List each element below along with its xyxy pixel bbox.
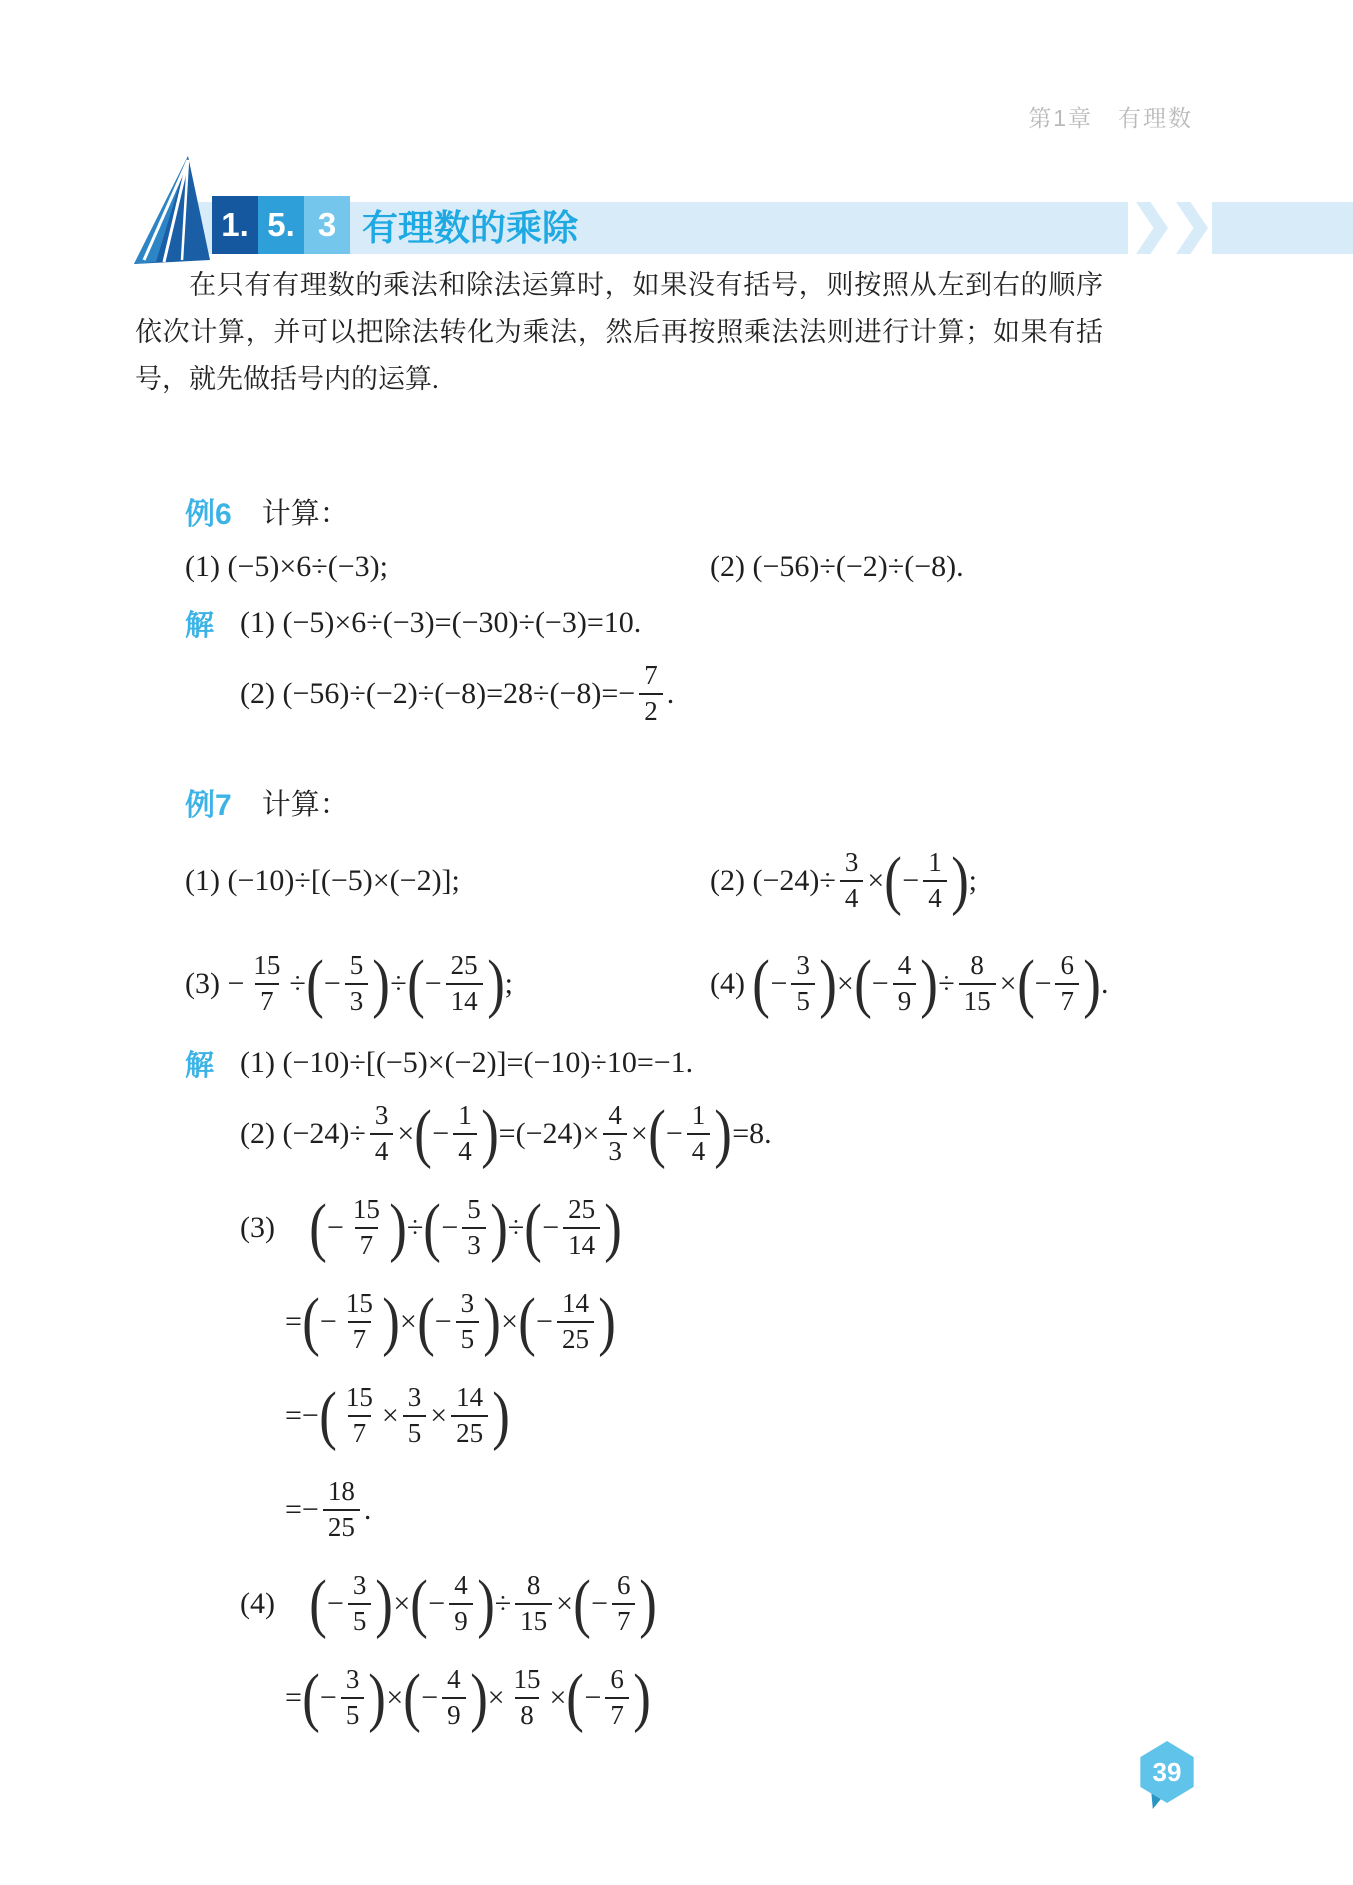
fraction-denominator: 9 xyxy=(893,983,917,1019)
solution-row: (4)(−35)×(−49)÷815×(−67) xyxy=(185,1560,1218,1648)
fraction-denominator: 8 xyxy=(515,1697,539,1733)
fraction-numerator: 4 xyxy=(893,949,917,983)
chevron-right-icon xyxy=(1136,202,1168,254)
math-text: × xyxy=(556,1587,573,1621)
math-text: × xyxy=(550,1681,567,1715)
big-paren: ( xyxy=(407,941,425,1027)
math-text: − xyxy=(536,1305,553,1339)
fraction-denominator: 9 xyxy=(449,1603,473,1639)
big-paren: ) xyxy=(382,1279,400,1365)
big-paren: ) xyxy=(369,1655,387,1741)
math-text: (4) xyxy=(240,1587,275,1621)
fraction: 14 xyxy=(453,1099,477,1169)
fraction-denominator: 9 xyxy=(442,1697,466,1733)
fraction-denominator: 3 xyxy=(603,1133,627,1169)
big-paren: ) xyxy=(604,1185,622,1271)
big-paren: ( xyxy=(424,1185,442,1271)
solution-content: =(−35)×(−49)×158×(−67) xyxy=(285,1654,651,1742)
big-paren: ) xyxy=(483,1279,501,1365)
math-text: − xyxy=(327,1587,344,1621)
fraction-numerator: 3 xyxy=(348,1569,372,1603)
math-text: × xyxy=(1000,967,1017,1001)
fraction-denominator: 14 xyxy=(563,1227,600,1263)
big-paren: ) xyxy=(1083,941,1101,1027)
fraction: 157 xyxy=(248,949,285,1019)
fraction: 1425 xyxy=(451,1381,488,1451)
solution-content: (1) (−10)÷[(−5)×(−2)]=(−10)÷10=−1. xyxy=(240,1042,693,1084)
math-text: = xyxy=(285,1305,302,1339)
solution-content: =(−157)×(−35)×(−1425) xyxy=(285,1278,616,1366)
examples: 例6计算：(1) (−5)×6÷(−3);(2) (−56)÷(−2)÷(−8)… xyxy=(135,491,1218,1742)
fraction-denominator: 7 xyxy=(255,983,279,1019)
math-text: − xyxy=(666,1117,683,1151)
fraction: 49 xyxy=(449,1569,473,1639)
solution-row: =(−157)×(−35)×(−1425) xyxy=(185,1278,1218,1366)
math-text: =− xyxy=(285,1493,319,1527)
math-text: − xyxy=(872,967,889,1001)
fraction: 35 xyxy=(791,949,815,1019)
solution-content: (2) (−56)÷(−2)÷(−8)=28÷(−8)=−72. xyxy=(240,650,674,738)
big-paren: ( xyxy=(753,941,771,1027)
math-text: ÷ xyxy=(938,967,954,1001)
fraction-denominator: 5 xyxy=(791,983,815,1019)
fraction-numerator: 15 xyxy=(341,1381,378,1415)
math-text: × xyxy=(397,1117,414,1151)
fraction: 815 xyxy=(959,949,996,1019)
fraction: 67 xyxy=(1055,949,1079,1019)
solution-content: (1) (−5)×6÷(−3)=(−30)÷(−3)=10. xyxy=(240,602,641,644)
math-text: ÷ xyxy=(289,967,305,1001)
solution-label xyxy=(185,1560,240,1648)
math-text: × xyxy=(430,1399,447,1433)
fraction: 53 xyxy=(462,1193,486,1263)
example-heading: 例6计算： xyxy=(185,491,1218,531)
math-text: ; xyxy=(969,864,977,898)
big-paren: ) xyxy=(372,941,390,1027)
fraction-numerator: 15 xyxy=(341,1287,378,1321)
math-text: . xyxy=(364,1493,372,1527)
fraction: 1425 xyxy=(557,1287,594,1357)
fraction: 72 xyxy=(639,659,663,729)
fraction-denominator: 5 xyxy=(341,1697,365,1733)
math-text: . xyxy=(1101,967,1109,1001)
big-paren: ( xyxy=(302,1655,320,1741)
math-text: − xyxy=(435,1305,452,1339)
fraction: 2514 xyxy=(563,1193,600,1263)
big-paren: ) xyxy=(819,941,837,1027)
fraction-denominator: 4 xyxy=(923,880,947,916)
fraction-numerator: 3 xyxy=(456,1287,480,1321)
problem-cell: (4) (−35)×(−49)÷815×(−67). xyxy=(710,940,1108,1028)
problem-row: (1) (−10)÷[(−5)×(−2)];(2) (−24)÷34×(−14)… xyxy=(185,837,1218,925)
spacer xyxy=(275,1228,309,1229)
math-text: (1) (−10)÷[(−5)×(−2)]=(−10)÷10=−1. xyxy=(240,1046,693,1080)
fraction-denominator: 5 xyxy=(403,1415,427,1451)
fraction: 34 xyxy=(370,1099,394,1169)
section-number-2: 5. xyxy=(258,196,304,254)
fraction-denominator: 14 xyxy=(446,983,483,1019)
math-text: =(−24)× xyxy=(499,1117,600,1151)
example-prompt: 计算： xyxy=(262,782,349,823)
big-paren: ( xyxy=(567,1655,585,1741)
fraction: 34 xyxy=(840,846,864,916)
fraction-numerator: 3 xyxy=(403,1381,427,1415)
fraction-numerator: 3 xyxy=(840,846,864,880)
math-text: ÷ xyxy=(407,1211,423,1245)
fraction: 49 xyxy=(442,1663,466,1733)
fraction-denominator: 4 xyxy=(370,1133,394,1169)
fraction-numerator: 6 xyxy=(612,1569,636,1603)
fraction-denominator: 7 xyxy=(612,1603,636,1639)
fraction-denominator: 7 xyxy=(348,1415,372,1451)
math-text: − xyxy=(432,1117,449,1151)
math-text: − xyxy=(902,864,919,898)
big-paren: ) xyxy=(598,1279,616,1365)
math-text: (3) xyxy=(240,1211,275,1245)
paper-plane-icon xyxy=(126,154,214,268)
math-text: (3) − xyxy=(185,967,244,1001)
math-text: = xyxy=(285,1681,302,1715)
big-paren: ( xyxy=(417,1279,435,1365)
math-text: − xyxy=(428,1587,445,1621)
problem-cell: (1) (−5)×6÷(−3); xyxy=(185,546,710,588)
fraction-numerator: 1 xyxy=(453,1099,477,1133)
fraction: 815 xyxy=(515,1569,552,1639)
solution-row: =−(157×35×1425) xyxy=(185,1372,1218,1460)
fraction: 157 xyxy=(341,1381,378,1451)
solution-label xyxy=(185,1466,240,1554)
fraction-denominator: 25 xyxy=(323,1509,360,1545)
fraction-numerator: 6 xyxy=(605,1663,629,1697)
section-banner: 1. 5. 3 有理数的乘除 xyxy=(0,0,1353,275)
big-paren: ) xyxy=(389,1185,407,1271)
fraction-denominator: 25 xyxy=(557,1321,594,1357)
problem-row: (1) (−5)×6÷(−3);(2) (−56)÷(−2)÷(−8). xyxy=(185,546,1218,588)
fraction: 157 xyxy=(341,1287,378,1357)
fraction-denominator: 7 xyxy=(605,1697,629,1733)
big-paren: ( xyxy=(648,1091,666,1177)
fraction: 157 xyxy=(348,1193,385,1263)
fraction-denominator: 7 xyxy=(348,1321,372,1357)
math-text: ÷ xyxy=(495,1587,511,1621)
math-text: × xyxy=(837,967,854,1001)
fraction-denominator: 4 xyxy=(840,880,864,916)
solution-content: (3)(−157)÷(−53)÷(−2514) xyxy=(240,1184,622,1272)
big-paren: ) xyxy=(640,1561,658,1647)
problem-row: (3) −157÷(−53)÷(−2514);(4) (−35)×(−49)÷8… xyxy=(185,940,1218,1028)
big-paren: ( xyxy=(319,1373,337,1459)
solution-row: 解(1) (−10)÷[(−5)×(−2)]=(−10)÷10=−1. xyxy=(185,1042,1218,1084)
solution-label: 解 xyxy=(185,602,240,644)
big-paren: ) xyxy=(470,1655,488,1741)
big-paren: ) xyxy=(490,1185,508,1271)
big-paren: ( xyxy=(884,838,902,924)
spacer xyxy=(275,1604,309,1605)
solution-content: (2) (−24)÷34×(−14)=(−24)×43×(−14)=8. xyxy=(240,1090,772,1178)
problem-cell: (2) (−24)÷34×(−14); xyxy=(710,837,977,925)
fraction: 158 xyxy=(509,1663,546,1733)
math-text: (1) (−5)×6÷(−3); xyxy=(185,550,388,584)
solution-label xyxy=(185,1090,240,1178)
fraction-denominator: 5 xyxy=(456,1321,480,1357)
example-heading: 例7计算： xyxy=(185,782,1218,822)
fraction-numerator: 14 xyxy=(451,1381,488,1415)
fraction-numerator: 15 xyxy=(248,949,285,983)
problem-cell: (2) (−56)÷(−2)÷(−8). xyxy=(710,546,964,588)
fraction: 2514 xyxy=(446,949,483,1019)
math-text: (2) (−56)÷(−2)÷(−8). xyxy=(710,550,964,584)
math-text: × xyxy=(382,1399,399,1433)
fraction-numerator: 15 xyxy=(509,1663,546,1697)
big-paren: ) xyxy=(492,1373,510,1459)
math-text: (1) (−10)÷[(−5)×(−2)]; xyxy=(185,864,460,898)
fraction-denominator: 25 xyxy=(451,1415,488,1451)
big-paren: ) xyxy=(633,1655,651,1741)
solution-row: (2) (−24)÷34×(−14)=(−24)×43×(−14)=8. xyxy=(185,1090,1218,1178)
solution-label xyxy=(185,650,240,738)
math-text: (1) (−5)×6÷(−3)=(−30)÷(−3)=10. xyxy=(240,606,641,640)
math-text: − xyxy=(320,1305,337,1339)
math-text: (2) (−24)÷ xyxy=(710,864,836,898)
big-paren: ( xyxy=(518,1279,536,1365)
big-paren: ) xyxy=(477,1561,495,1647)
fraction-numerator: 1 xyxy=(687,1099,711,1133)
math-text: − xyxy=(542,1211,559,1245)
big-paren: ( xyxy=(854,941,872,1027)
solution-row: (3)(−157)÷(−53)÷(−2514) xyxy=(185,1184,1218,1272)
big-paren: ) xyxy=(951,838,969,924)
fraction-numerator: 5 xyxy=(462,1193,486,1227)
content-area: 在只有有理数的乘法和除法运算时，如果没有括号，则按照从左到右的顺序依次计算，并可… xyxy=(135,262,1218,1742)
big-paren: ( xyxy=(410,1561,428,1647)
math-text: ; xyxy=(505,967,513,1001)
big-paren: ( xyxy=(524,1185,542,1271)
fraction-numerator: 14 xyxy=(557,1287,594,1321)
solution-label: 解 xyxy=(185,1042,240,1084)
big-paren: ) xyxy=(481,1091,499,1177)
math-text: × xyxy=(488,1681,505,1715)
math-text: ÷ xyxy=(390,967,406,1001)
math-text: − xyxy=(584,1681,601,1715)
big-paren: ) xyxy=(487,941,505,1027)
big-paren: ( xyxy=(309,1561,327,1647)
fraction-numerator: 7 xyxy=(639,659,663,693)
math-text: × xyxy=(631,1117,648,1151)
solution-label xyxy=(185,1184,240,1272)
fraction: 35 xyxy=(348,1569,372,1639)
section-number-1: 1. xyxy=(212,196,258,254)
math-text: − xyxy=(425,967,442,1001)
fraction-numerator: 4 xyxy=(442,1663,466,1697)
math-text: ÷ xyxy=(508,1211,524,1245)
section-title: 有理数的乘除 xyxy=(362,202,578,254)
fraction-numerator: 3 xyxy=(370,1099,394,1133)
solution-content: =−(157×35×1425) xyxy=(285,1372,510,1460)
badge-hexagon: 39 xyxy=(1138,1741,1196,1803)
fraction-numerator: 4 xyxy=(603,1099,627,1133)
solution-label xyxy=(185,1278,240,1366)
math-text: − xyxy=(324,967,341,1001)
page-number-badge: 39 xyxy=(1138,1741,1196,1821)
math-text: × xyxy=(400,1305,417,1339)
example-block: 例7计算：(1) (−10)÷[(−5)×(−2)];(2) (−24)÷34×… xyxy=(185,782,1218,1742)
fraction-numerator: 15 xyxy=(348,1193,385,1227)
fraction: 35 xyxy=(456,1287,480,1357)
problem-cell: (3) −157÷(−53)÷(−2514); xyxy=(185,940,710,1028)
solution-label xyxy=(185,1372,240,1460)
math-text: × xyxy=(501,1305,518,1339)
fraction-numerator: 4 xyxy=(449,1569,473,1603)
solution-row: (2) (−56)÷(−2)÷(−8)=28÷(−8)=−72. xyxy=(185,650,1218,738)
big-paren: ) xyxy=(920,941,938,1027)
math-text: . xyxy=(667,677,675,711)
fraction-denominator: 3 xyxy=(462,1227,486,1263)
page-number: 39 xyxy=(1153,1757,1182,1788)
math-text: (2) (−24)÷ xyxy=(240,1117,366,1151)
math-text: − xyxy=(421,1681,438,1715)
fraction: 35 xyxy=(341,1663,365,1733)
banner-strip-end xyxy=(1212,202,1353,254)
textbook-page: 第1章 有理数 1. 5. 3 有理数的乘除 在只有有理数的乘法和除法运算时，如… xyxy=(0,0,1353,1885)
math-text: × xyxy=(867,864,884,898)
fraction: 53 xyxy=(345,949,369,1019)
fraction: 49 xyxy=(893,949,917,1019)
solution-label xyxy=(185,1654,240,1742)
fraction-denominator: 2 xyxy=(639,693,663,729)
solution-row: =(−35)×(−49)×158×(−67) xyxy=(185,1654,1218,1742)
fraction: 67 xyxy=(605,1663,629,1733)
problem-cell: (1) (−10)÷[(−5)×(−2)]; xyxy=(185,837,710,925)
intro-paragraph: 在只有有理数的乘法和除法运算时，如果没有括号，则按照从左到右的顺序依次计算，并可… xyxy=(135,262,1103,403)
fraction-numerator: 8 xyxy=(965,949,989,983)
fraction-denominator: 15 xyxy=(515,1603,552,1639)
big-paren: ( xyxy=(302,1279,320,1365)
fraction-numerator: 25 xyxy=(563,1193,600,1227)
big-paren: ( xyxy=(414,1091,432,1177)
fraction-numerator: 8 xyxy=(522,1569,546,1603)
chevron-right-icon xyxy=(1176,202,1208,254)
math-text: − xyxy=(327,1211,344,1245)
math-text: (4) xyxy=(710,967,752,1001)
solution-row: =−1825. xyxy=(185,1466,1218,1554)
fraction-numerator: 6 xyxy=(1055,949,1079,983)
solution-content: =−1825. xyxy=(285,1466,371,1554)
fraction-denominator: 15 xyxy=(959,983,996,1019)
fraction-denominator: 4 xyxy=(687,1133,711,1169)
fraction: 43 xyxy=(603,1099,627,1169)
fraction-numerator: 18 xyxy=(323,1475,360,1509)
fraction-denominator: 4 xyxy=(453,1133,477,1169)
big-paren: ( xyxy=(306,941,324,1027)
big-paren: ( xyxy=(309,1185,327,1271)
math-text: − xyxy=(770,967,787,1001)
solution-row: 解(1) (−5)×6÷(−3)=(−30)÷(−3)=10. xyxy=(185,602,1218,644)
big-paren: ( xyxy=(403,1655,421,1741)
example-label: 例6 xyxy=(185,489,232,533)
section-number-3: 3 xyxy=(304,196,350,254)
fraction: 67 xyxy=(612,1569,636,1639)
fraction: 1825 xyxy=(323,1475,360,1545)
math-text: =8. xyxy=(732,1117,771,1151)
solution-content: (4)(−35)×(−49)÷815×(−67) xyxy=(240,1560,657,1648)
example-label: 例7 xyxy=(185,780,232,824)
fraction: 35 xyxy=(403,1381,427,1451)
math-text: × xyxy=(393,1587,410,1621)
math-text: − xyxy=(320,1681,337,1715)
math-text: − xyxy=(1035,967,1052,1001)
fraction-denominator: 5 xyxy=(348,1603,372,1639)
fraction-denominator: 7 xyxy=(355,1227,379,1263)
math-text: − xyxy=(441,1211,458,1245)
fraction-numerator: 3 xyxy=(341,1663,365,1697)
fraction: 14 xyxy=(687,1099,711,1169)
fraction: 14 xyxy=(923,846,947,916)
example-prompt: 计算： xyxy=(262,491,349,532)
math-text: × xyxy=(386,1681,403,1715)
big-paren: ( xyxy=(1017,941,1035,1027)
fraction-numerator: 3 xyxy=(791,949,815,983)
fraction-denominator: 7 xyxy=(1055,983,1079,1019)
fraction-numerator: 25 xyxy=(446,949,483,983)
big-paren: ) xyxy=(376,1561,394,1647)
big-paren: ( xyxy=(573,1561,591,1647)
big-paren: ) xyxy=(714,1091,732,1177)
example-block: 例6计算：(1) (−5)×6÷(−3);(2) (−56)÷(−2)÷(−8)… xyxy=(185,491,1218,738)
math-text: =− xyxy=(285,1399,319,1433)
math-text: − xyxy=(591,1587,608,1621)
math-text: (2) (−56)÷(−2)÷(−8)=28÷(−8)=− xyxy=(240,677,635,711)
fraction-denominator: 3 xyxy=(345,983,369,1019)
fraction-numerator: 1 xyxy=(923,846,947,880)
fraction-numerator: 5 xyxy=(345,949,369,983)
